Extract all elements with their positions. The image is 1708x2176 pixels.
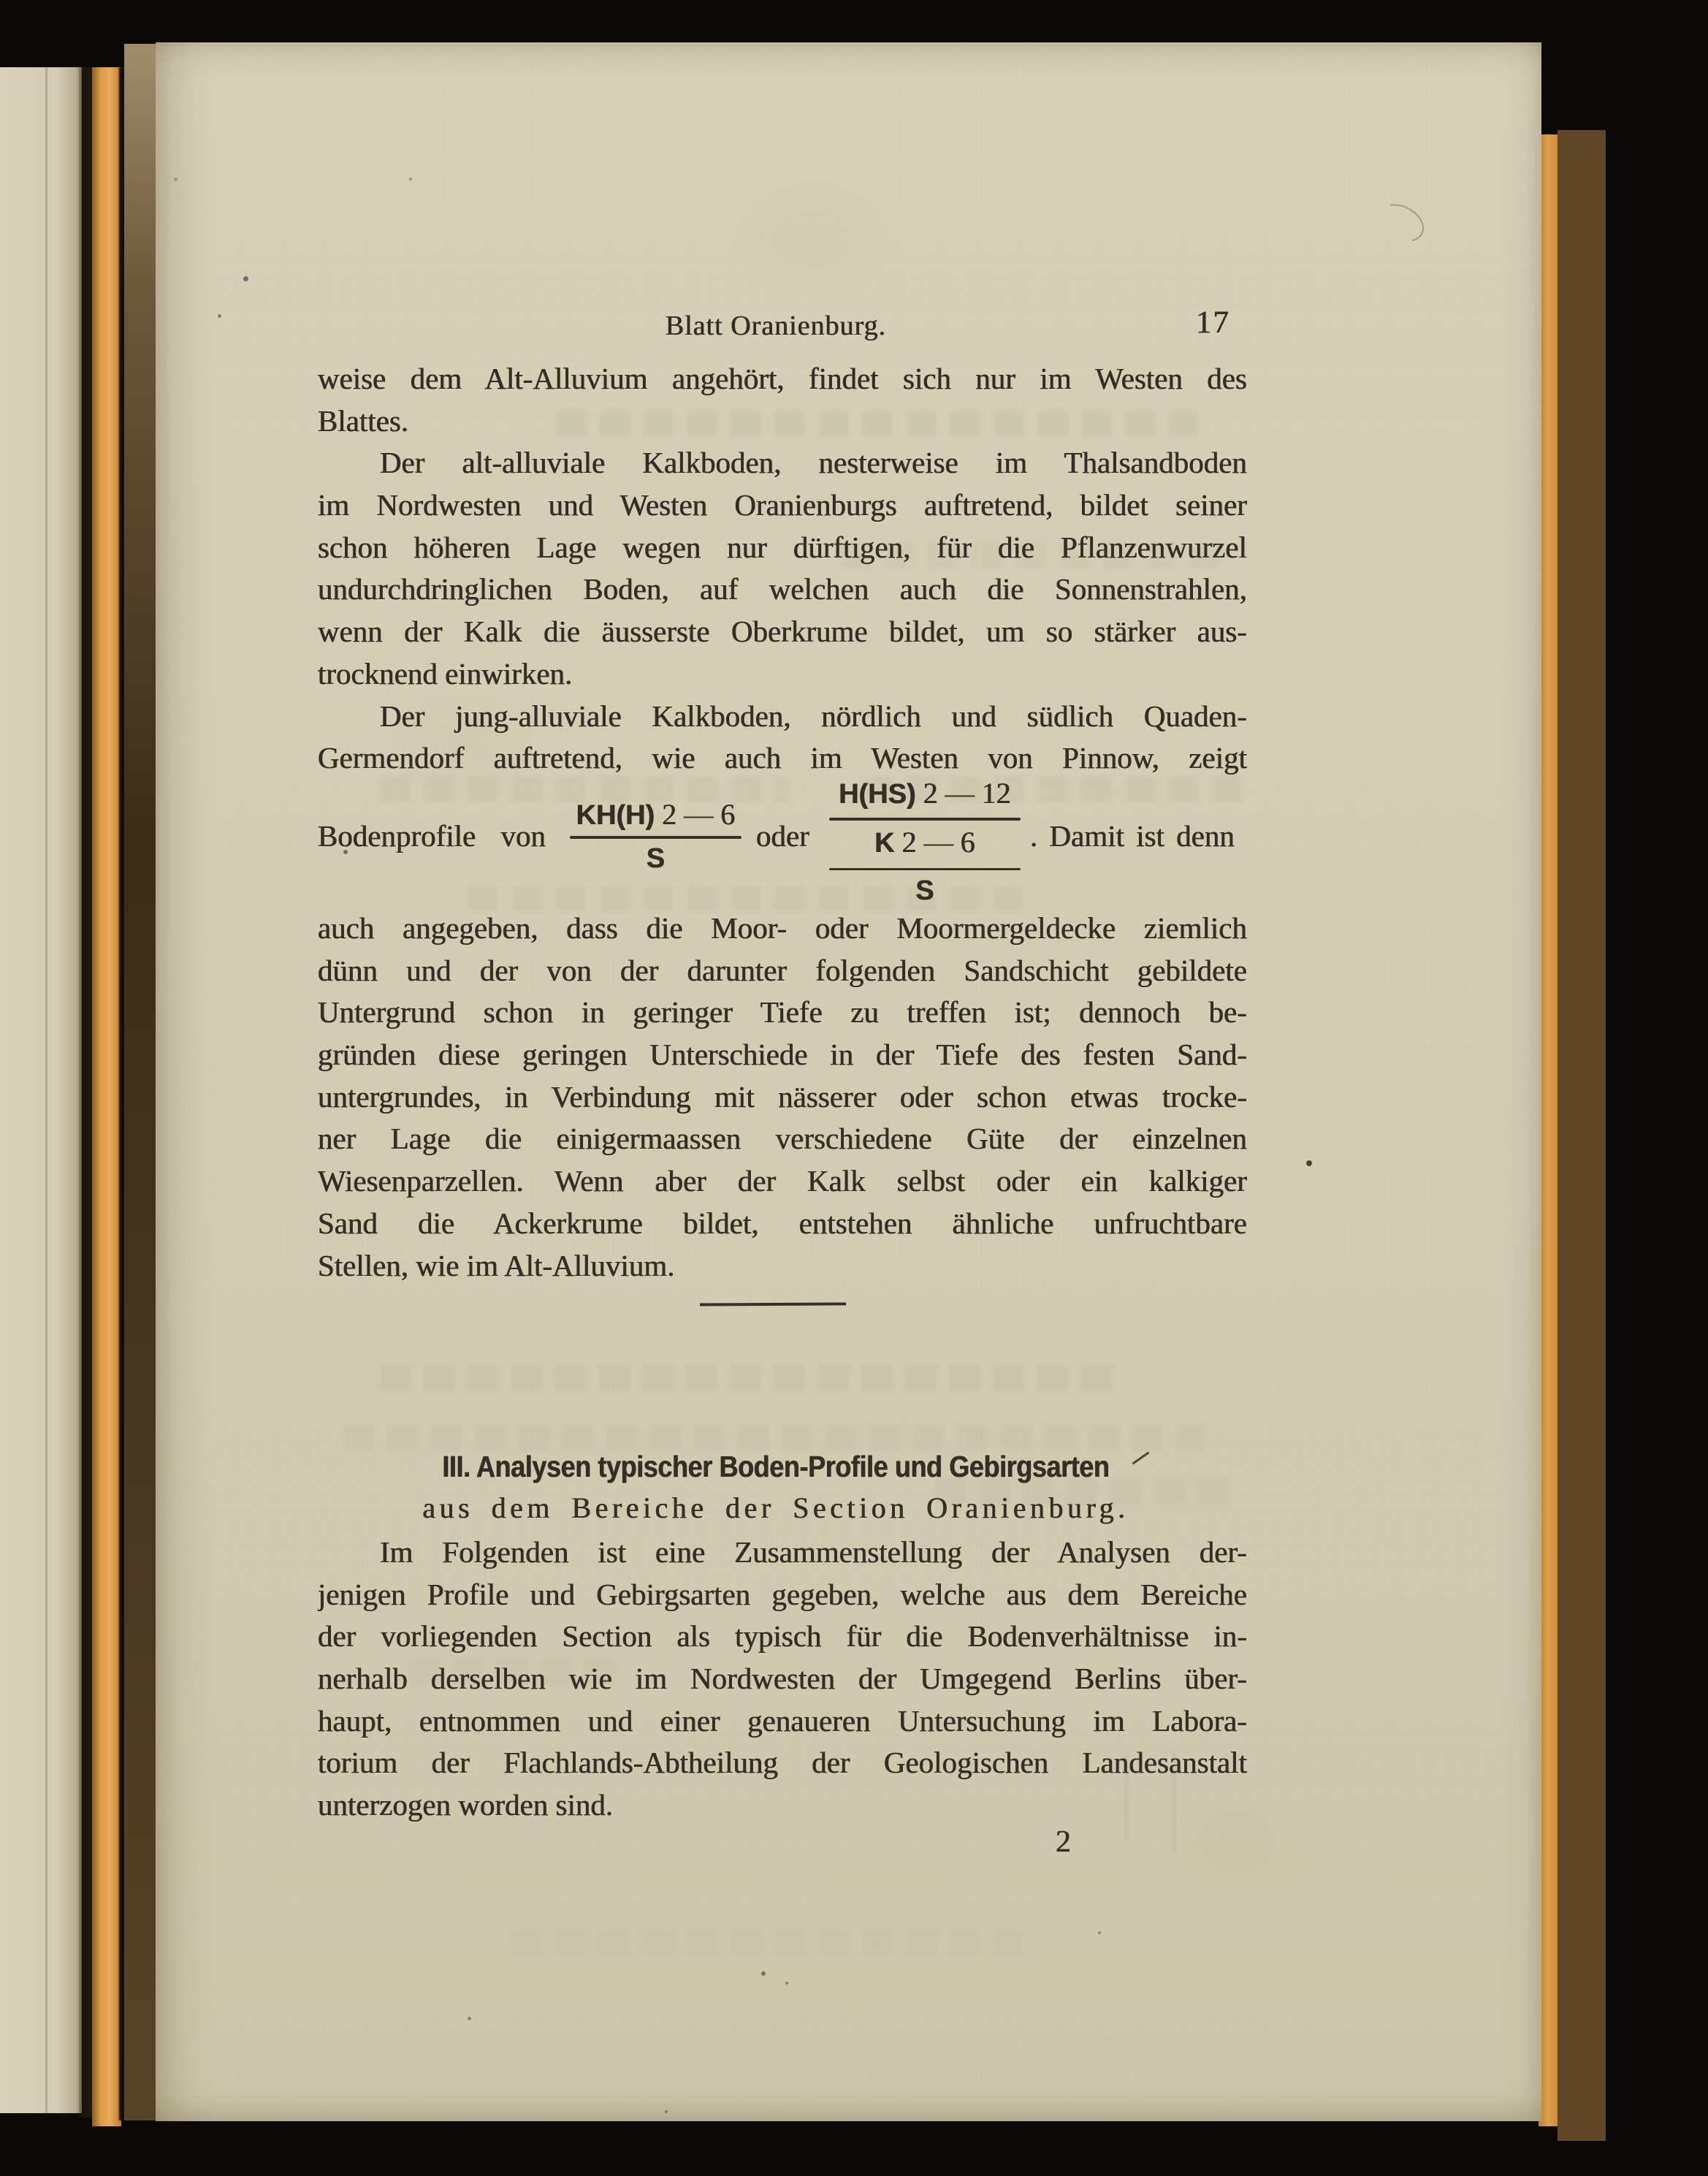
fraction-1: KH(H) 2 — 6 S (570, 794, 741, 880)
text-line: der vorliegenden Section als typisch für… (318, 1616, 1247, 1658)
spine-leather (1558, 130, 1606, 2141)
text-line: Der alt-alluviale Kalkboden, nesterweise… (318, 442, 1247, 484)
text-line: im Nordwesten und Westen Oranienburgs au… (318, 484, 1247, 527)
text-line: Sand die Ackerkrume bildet, entstehen äh… (318, 1203, 1247, 1245)
left-fold-shadow (79, 67, 94, 2118)
text-line: weise dem Alt-Alluvium angehört, findet … (318, 358, 1247, 400)
page-number: 17 (1196, 305, 1230, 341)
text-line: schon höheren Lage wegen nur dürftigen, … (318, 527, 1247, 569)
paper-speck (785, 1982, 788, 1985)
text-line: wenn der Kalk die äusserste Oberkrume bi… (318, 611, 1247, 653)
bleed-through-band (511, 1929, 1023, 1955)
depth-range: 2 — 6 (662, 798, 735, 831)
text-line: unterzogen worden sind. (318, 1784, 1247, 1827)
soil-symbol: K (874, 828, 894, 859)
section-subheading: aus dem Bereiche der Section Oranienburg… (311, 1491, 1240, 1525)
paragraph-block-1: weise dem Alt-Alluvium angehört, findet … (318, 358, 1247, 780)
paper-speck (761, 1971, 766, 1976)
formula-connector: oder (756, 818, 809, 853)
fraction-2-row1: H(HS) 2 — 12 (829, 775, 1021, 818)
fraction-2: H(HS) 2 — 12 K 2 — 6 S (829, 775, 1021, 911)
paper-speck (665, 2110, 668, 2113)
bleed-through-band (380, 1365, 1125, 1391)
paper-speck (218, 314, 221, 318)
paper-speck (1098, 1931, 1101, 1934)
text-line: jenigen Profile und Gebirgsarten gegeben… (318, 1574, 1247, 1616)
fraction-2-row2: K 2 — 6 (829, 821, 1021, 868)
text-line: Blattes. (318, 400, 1247, 443)
left-binding-gap (124, 44, 158, 2120)
formula-tail-text: . Damit ist denn (1030, 818, 1235, 853)
text-line: untergrundes, in Verbindung mit nässerer… (318, 1076, 1247, 1119)
paper-streak (1125, 1754, 1128, 1841)
paper-speck (174, 178, 178, 181)
paper-speck (1306, 1160, 1312, 1166)
text-line: haupt, entnommen und einer genaueren Unt… (318, 1700, 1247, 1743)
paper-speck (343, 850, 348, 854)
text-line: Im Folgenden ist eine Zusammenstellung d… (318, 1532, 1247, 1574)
left-page-edge-line (45, 67, 47, 2113)
signature-mark: 2 (1056, 1825, 1071, 1860)
left-page-edge-stack (0, 67, 82, 2113)
text-line: Der jung-alluviale Kalkboden, nördlich u… (318, 696, 1247, 738)
text-line: auch angegeben, dass die Moor- oder Moor… (318, 908, 1247, 950)
text-line: trocknend einwirken. (318, 653, 1247, 696)
fraction-1-numerator: KH(H) 2 — 6 (576, 798, 736, 831)
text-line: nerhalb derselben wie im Nordwesten der … (318, 1658, 1247, 1700)
text-line: Germendorf auftretend, wie auch im Weste… (318, 737, 1247, 780)
soil-profile-formula: Bodenprofile von KH(H) 2 — 6 S oder H(HS… (318, 785, 1247, 913)
paper-speck (468, 2017, 471, 2020)
text-line: ner Lage die einigermaassen verschiedene… (318, 1118, 1247, 1160)
text-line: torium der Flachlands-Abtheilung der Geo… (318, 1742, 1247, 1784)
text-line: Stellen, wie im Alt-Alluvium. (318, 1245, 1247, 1287)
paper-speck (409, 178, 412, 180)
running-header-title: Blatt Oranienburg. (311, 310, 1240, 342)
bleed-through-band (343, 1425, 1205, 1451)
paragraph-block-2: auch angegeben, dass die Moor- oder Moor… (318, 908, 1247, 1287)
orange-endpaper-edge-left (92, 67, 121, 2126)
text-line: Untergrund schon in geringer Tiefe zu tr… (318, 992, 1247, 1034)
depth-range: 2 — 6 (902, 826, 975, 859)
soil-symbol: KH(H) (576, 800, 655, 831)
paper-streak (1173, 1750, 1175, 1852)
formula-lead-text: Bodenprofile von (318, 818, 546, 853)
orange-endpaper-edge-right (1539, 134, 1559, 2126)
paragraph-block-3: Im Folgenden ist eine Zusammenstellung d… (318, 1532, 1247, 1827)
paper-speck (243, 276, 248, 281)
fraction-1-denominator: S (570, 839, 741, 880)
text-line: undurchdringlichen Boden, auf welchen au… (318, 568, 1247, 611)
text-line: dünn und der von der darunter folgenden … (318, 950, 1247, 992)
text-line: Wiesenparzellen. Wenn aber der Kalk selb… (318, 1160, 1247, 1203)
book-scan: Blatt Oranienburg. 17 weise dem Alt-Allu… (0, 0, 1708, 2176)
depth-range: 2 — 12 (923, 777, 1011, 810)
text-line: gründen diese geringen Unterschiede in d… (318, 1034, 1247, 1076)
fraction-2-denominator: S (829, 870, 1021, 911)
soil-symbol: H(HS) (839, 779, 916, 810)
section-heading: III. Analysen typischer Boden-Profile un… (367, 1450, 1184, 1484)
